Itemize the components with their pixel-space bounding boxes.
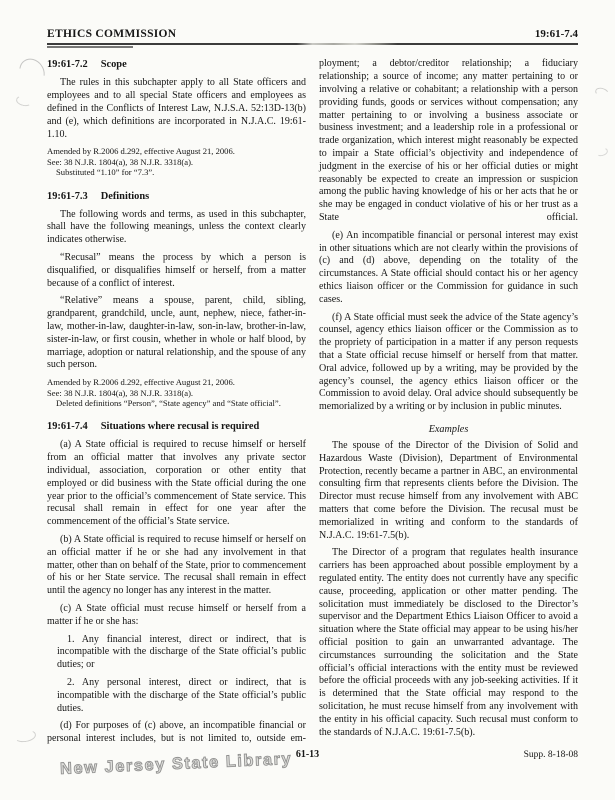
- note-line: Amended by R.2006 d.292, effective Augus…: [47, 377, 306, 387]
- paragraph-e: (e) An incompatible financial or persona…: [319, 230, 578, 307]
- section-number: 19:61-7.3: [47, 191, 88, 202]
- paragraph-d-continuation: ployment; a debtor/creditor relationship…: [319, 58, 578, 224]
- section-number: 19:61-7.2: [47, 59, 88, 70]
- example-paragraph-2: The Director of a program that regulates…: [319, 547, 578, 739]
- paragraph-d: (d) For purposes of (c) above, an incomp…: [47, 720, 306, 746]
- paragraph-c: (c) A State official must recuse himself…: [47, 603, 306, 629]
- scan-artifact: [15, 94, 33, 107]
- right-column: ployment; a debtor/creditor relationship…: [319, 58, 578, 746]
- amendment-note-7-3: Amended by R.2006 d.292, effective Augus…: [47, 377, 306, 408]
- section-title: Situations where recusal is required: [101, 421, 260, 432]
- scan-artifact: [13, 729, 36, 744]
- running-head-section-code: 19:61-7.4: [535, 28, 578, 40]
- section-heading-7-4: 19:61-7.4Situations where recusal is req…: [47, 420, 306, 433]
- note-line: See: 38 N.J.R. 1804(a), 38 N.J.R. 3318(a…: [47, 388, 306, 398]
- list-item-1: 1. Any financial interest, direct or ind…: [47, 634, 306, 672]
- paragraph-scope: The rules in this subchapter apply to al…: [47, 77, 306, 141]
- examples-heading: Examples: [319, 424, 578, 435]
- two-column-body: 19:61-7.2Scope The rules in this subchap…: [47, 58, 578, 746]
- note-line: Deleted definitions “Person”, “State age…: [47, 398, 306, 408]
- paragraph-a: (a) A State official is required to recu…: [47, 439, 306, 529]
- note-line: Amended by R.2006 d.292, effective Augus…: [47, 146, 306, 156]
- scan-artifact: [595, 147, 609, 158]
- scan-artifact: [594, 86, 610, 99]
- section-heading-7-2: 19:61-7.2Scope: [47, 58, 306, 71]
- note-line: Substituted “1.10” for “7.3”.: [47, 167, 306, 177]
- list-item-2: 2. Any personal interest, direct or indi…: [47, 677, 306, 715]
- section-title: Scope: [101, 59, 127, 70]
- section-heading-7-3: 19:61-7.3Definitions: [47, 190, 306, 203]
- paragraph-definitions-intro: The following words and terms, as used i…: [47, 209, 306, 247]
- example-paragraph-1: The spouse of the Director of the Divisi…: [319, 440, 578, 542]
- note-line: See: 38 N.J.R. 1804(a), 38 N.J.R. 3318(a…: [47, 157, 306, 167]
- page-header: ETHICS COMMISSION 19:61-7.4: [47, 28, 578, 40]
- definition-relative: “Relative” means a spouse, parent, child…: [47, 295, 306, 372]
- left-column: 19:61-7.2Scope The rules in this subchap…: [47, 58, 306, 746]
- header-underline-smudge: [47, 46, 133, 48]
- supplement-date: Supp. 8-18-08: [524, 750, 578, 760]
- header-rule: [47, 43, 578, 45]
- section-number: 19:61-7.4: [47, 421, 88, 432]
- section-title: Definitions: [101, 191, 150, 202]
- document-page: ETHICS COMMISSION 19:61-7.4 19:61-7.2Sco…: [0, 0, 615, 800]
- amendment-note-7-2: Amended by R.2006 d.292, effective Augus…: [47, 146, 306, 177]
- paragraph-f: (f) A State official must seek the advic…: [319, 312, 578, 414]
- scan-artifact: [14, 54, 50, 91]
- running-head-title: ETHICS COMMISSION: [47, 28, 176, 40]
- definition-recusal: “Recusal” means the process by which a p…: [47, 252, 306, 290]
- paragraph-b: (b) A State official is required to recu…: [47, 534, 306, 598]
